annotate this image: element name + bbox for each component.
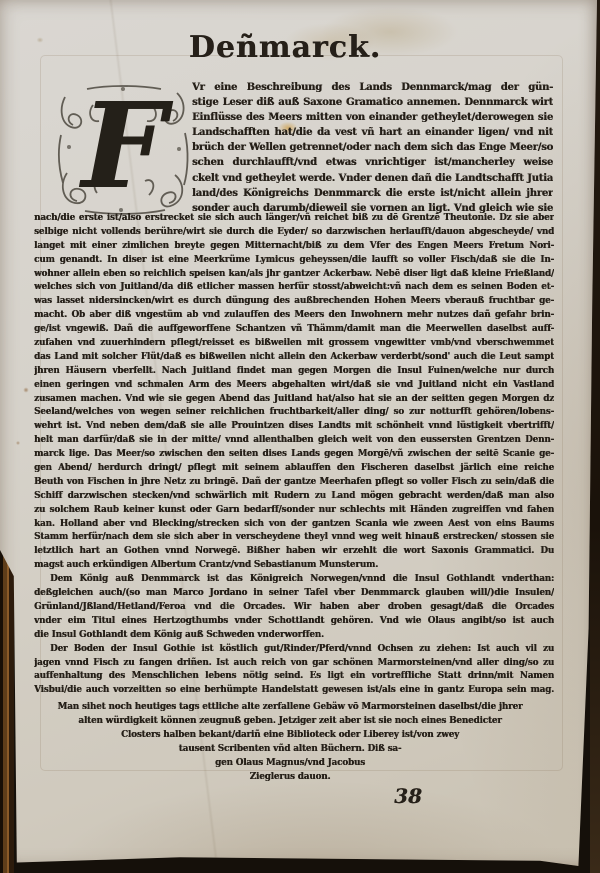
text-line: Einflüsse des Meers mitten von einander … [192,110,553,125]
book-page: Deñmarck. F Vr eine Beschreibung des Lan… [0,0,600,873]
closing-taper-text: Man sihet noch heutiges tags ettliche al… [40,700,540,786]
intro-paragraph: Vr eine Beschreibung des Lands Dennmarck… [192,80,553,217]
text-line: gen Abend/ herdurch dringt/ pflegt mit s… [34,462,554,476]
text-line: Vr eine Beschreibung des Lands Dennmarck… [192,80,553,95]
text-line: ckelt vnd getheylet werde. Vnder denen d… [192,171,553,186]
text-line: zusamen machen. Vnd wie sie gegen Abend … [34,393,554,407]
drop-cap-letter: F [57,79,190,216]
text-line: land/des Königreichs Denmmarck die erste… [192,186,553,201]
text-line: welches sich von Juitland/da diß etliche… [34,281,554,295]
text-line: stige Leser diß auß Saxone Gramatico ann… [192,95,553,110]
body-text: nach/die erste ist/also erstrecket sie s… [34,212,554,700]
text-line: Man sihet noch heutiges tags ettliche al… [40,700,540,714]
text-line: Der Boden der Insul Gothie ist köstlich … [34,643,554,657]
book-board-edge [0,552,14,873]
text-line: einen geringen vnd schmalen Arm des Meer… [34,379,554,393]
text-line: Zieglerus dauon. [40,770,540,784]
text-line: nach/die erste ist/also erstrecket sie s… [34,212,554,226]
text-line: Landschafften hat/die da vest vñ hart an… [192,125,553,140]
text-line: Visbui/die auch vorzeitten so eine berhü… [34,684,554,698]
text-line: macht. Ob aber diß vngestüm ab vnd zulau… [34,309,554,323]
text-line: cum genandt. In diser ist eine Meerkrüme… [34,254,554,268]
text-line: Beuth von Fischen in jhre Netz zu bringē… [34,476,554,490]
text-line: die Insul Gothlandt dem König auß Schwed… [34,629,554,643]
text-line: auffenhaltung des Menschlichen lebens nö… [34,670,554,684]
text-line: das Land mit solcher Flüt/daß es bißweil… [34,351,554,365]
text-line: ge/ist vngewiß. Dañ die auffgeworffene S… [34,323,554,337]
text-line: jagen vnnd Fisch zu fangen driñen. Ist a… [34,657,554,671]
text-line: Grünland/Jßland/Hetland/Feroa vnd die Or… [34,601,554,615]
text-line: selbige nicht vollends berühre/wirt sie … [34,226,554,240]
text-line: zufahen vnd zuuerhindern pflegt/reisset … [34,337,554,351]
text-line: Dem König auß Denmmarck ist das Königrei… [34,573,554,587]
text-line: wohner allein eben so reichlich speisen … [34,268,554,282]
text-line: brüch der Wellen getrennet/oder nach dem… [192,140,553,155]
text-line: wehrt ist. Vnd neben dem/daß sie alle Pr… [34,420,554,434]
text-line: Stamm herfür/nach dem sie sich aber in v… [34,531,554,545]
text-line: marck lige. Das Meer/so zwischen den sei… [34,448,554,462]
page-number: 38 [388,784,428,810]
text-line: schen durchlaufft/vnd etwas vnrichtiger … [192,155,553,170]
text-line: langet mit einer zimlichen breyte gegen … [34,240,554,254]
ornate-initial: F [57,83,190,216]
text-line: helt man darfür/daß sie in der mitte/ vn… [34,434,554,448]
text-line: tausent Scribenten vñd alten Büchern. Di… [40,742,540,756]
text-line: Schiff darzwischen stecken/vnd schwärlic… [34,490,554,504]
text-line: zu solchem Raub keiner kunst oder Garn b… [34,504,554,518]
text-line: alten würdigkeit können zeugnuß geben. J… [40,714,540,728]
text-line: Seeland/welches von wegen seiner reichli… [34,406,554,420]
text-line: letztlich hart an Gothen vnnd Norwegē. B… [34,545,554,559]
page-title: Deñmarck. [35,30,535,72]
text-line: magst auch erkündigen Albertum Crantz/vn… [34,559,554,573]
text-line: gen Olaus Magnus/vnd Jacobus [40,756,540,770]
text-line: jhren Häusern vberfellt. Nach Juitland f… [34,365,554,379]
text-line: kan. Holland aber vnd Blecking/strecken … [34,518,554,532]
text-line: was lasset nidersincken/wirt es durch dü… [34,295,554,309]
text-line: deßgleichen auch/(so man Marco Jordano i… [34,587,554,601]
text-line: vnder eim Titul eines Hertzogthumbs vnde… [34,615,554,629]
text-line: Closters halben bekant/dariñ eine Biblio… [40,728,540,742]
